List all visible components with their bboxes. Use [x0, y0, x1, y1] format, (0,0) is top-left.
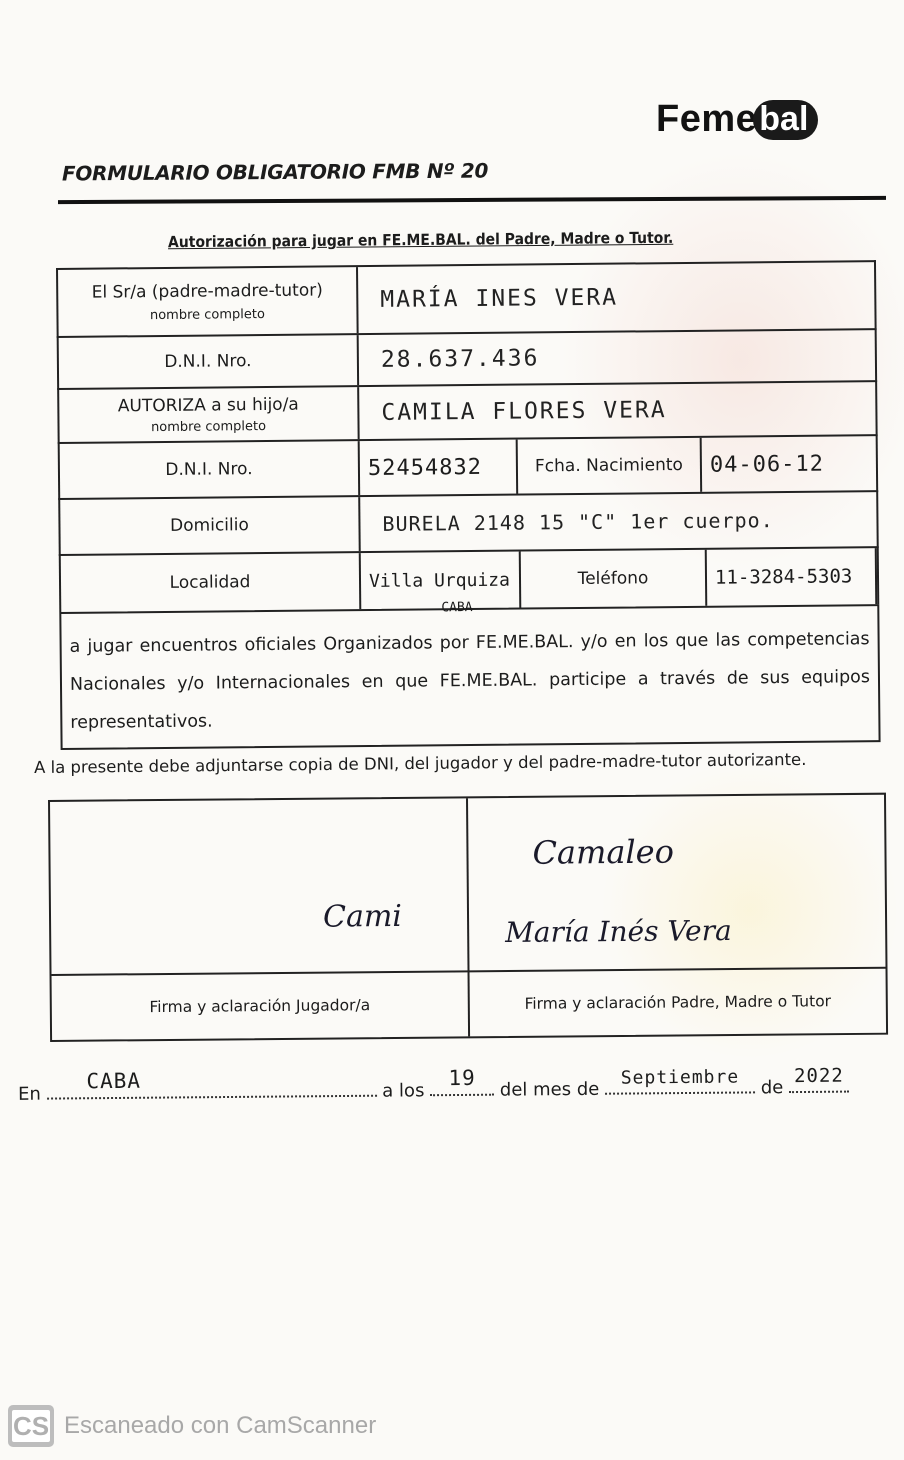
femebal-logo: Feme bal — [656, 98, 818, 141]
locality-row: Localidad Villa Urquiza Teléfono 11-3284… — [59, 546, 880, 612]
phone-label: Teléfono — [521, 550, 708, 608]
authorization-paragraph: a jugar encuentros oficiales Organizados… — [59, 604, 880, 750]
camscanner-watermark: CS Escaneado con CamScanner — [8, 1405, 376, 1447]
child-label-text: AUTORIZA a su hijo/a — [118, 394, 299, 416]
guardian-label-text: El Sr/a (padre-madre-tutor) — [92, 280, 323, 302]
logo-badge: bal — [753, 100, 818, 140]
signature-table: Cami Firma y aclaración Jugador/a Camale… — [48, 793, 888, 1042]
dateline-prefix: En — [18, 1084, 41, 1105]
dateline-de: de — [761, 1077, 784, 1098]
guardian-dni-field[interactable]: 28.637.436 — [359, 330, 875, 385]
form-title: FORMULARIO OBLIGATORIO FMB Nº 20 — [62, 159, 488, 186]
player-signature: Cami — [323, 899, 402, 935]
guardian-signature: Camaleo — [532, 833, 674, 872]
player-signature-area[interactable]: Cami — [50, 798, 468, 976]
address-label: Domicilio — [60, 497, 361, 554]
day-field[interactable]: 19 — [430, 1078, 494, 1097]
place-field[interactable]: CABA — [46, 1079, 376, 1100]
child-dni-row: D.N.I. Nro. 52454832 Fcha. Nacimiento 04… — [58, 434, 878, 498]
date-place-line: En CABA a los 19 del mes de Septiembre d… — [18, 1074, 898, 1105]
child-name-row: AUTORIZA a su hijo/a nombre completo CAM… — [57, 380, 877, 442]
dateline-a-los: a los — [382, 1080, 424, 1101]
child-sublabel: nombre completo — [151, 418, 266, 434]
guardian-name-field[interactable]: MARÍA INES VERA — [358, 262, 875, 333]
guardian-clarification: María Inés Vera — [505, 914, 732, 949]
guardian-signature-column: Camaleo María Inés Vera Firma y aclaraci… — [468, 795, 886, 1037]
guardian-signature-caption: Firma y aclaración Padre, Madre o Tutor — [470, 969, 887, 1037]
year-value: 2022 — [789, 1065, 849, 1088]
camscanner-badge-text: CS — [12, 1410, 50, 1442]
guardian-label: El Sr/a (padre-madre-tutor) nombre compl… — [58, 267, 359, 336]
day-value: 19 — [430, 1066, 494, 1091]
dateline-del-mes: del mes de — [500, 1079, 600, 1101]
child-dni-label: D.N.I. Nro. — [60, 441, 361, 498]
camscanner-text: Escaneado con CamScanner — [64, 1412, 376, 1440]
guardian-name-row: El Sr/a (padre-madre-tutor) nombre compl… — [56, 260, 877, 336]
guardian-signature-area[interactable]: Camaleo María Inés Vera — [468, 795, 886, 973]
address-row: Domicilio BURELA 2148 15 "C" 1er cuerpo. — [58, 490, 878, 554]
child-label: AUTORIZA a su hijo/a nombre completo — [59, 387, 359, 442]
locality-label: Localidad — [61, 553, 362, 612]
month-field[interactable]: Septiembre — [605, 1075, 755, 1094]
player-signature-caption: Firma y aclaración Jugador/a — [52, 972, 469, 1040]
year-field[interactable]: 2022 — [789, 1075, 849, 1094]
player-signature-column: Cami Firma y aclaración Jugador/a — [50, 798, 470, 1040]
logo-text: Feme — [656, 98, 757, 141]
child-dni-field[interactable]: 52454832 — [360, 440, 519, 496]
guardian-dni-label: D.N.I. Nro. — [59, 335, 359, 388]
phone-field[interactable]: 11-3284-5303 — [707, 548, 878, 606]
camscanner-icon: CS — [8, 1405, 54, 1447]
address-field[interactable]: BURELA 2148 15 "C" 1er cuerpo. — [360, 492, 876, 551]
month-value: Septiembre — [605, 1066, 755, 1088]
guardian-sublabel: nombre completo — [150, 306, 265, 322]
place-value: CABA — [86, 1067, 376, 1094]
child-name-field[interactable]: CAMILA FLORES VERA — [359, 382, 875, 439]
birth-date-field[interactable]: 04-06-12 — [702, 436, 877, 492]
birth-date-label: Fcha. Nacimiento — [518, 438, 703, 494]
authorization-table: El Sr/a (padre-madre-tutor) nombre compl… — [56, 260, 881, 750]
locality-note: CABA — [441, 600, 472, 615]
guardian-dni-row: D.N.I. Nro. 28.637.436 — [57, 328, 877, 388]
